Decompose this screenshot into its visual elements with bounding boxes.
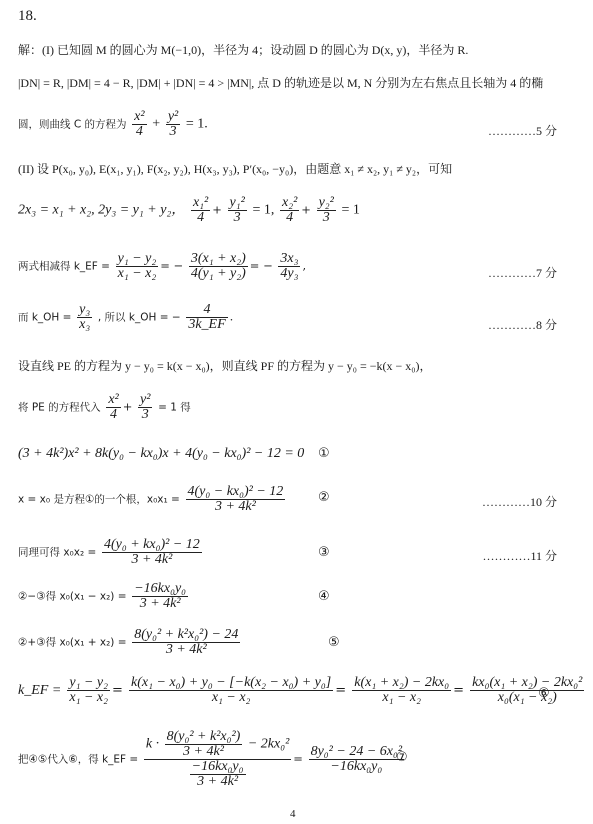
part2-line2: 2x₃ = x₁ + x₂, 2y₃ = y₁ + y₂， x₁²4+ y₁²3… (18, 196, 360, 225)
part1-line2: |DN| = R, |DM| = 4 − R, |DM| + |DN| = 4 … (18, 77, 543, 89)
compound-fraction: k · 8(y₀² + k²x₀²)3 + 4k² − 2kx₀² −16kx₀… (144, 730, 291, 789)
equation-3: 同理可得 x₀x₂ = 4(y₀ + kx₀)² − 123 + 4k² (18, 538, 204, 567)
score-11: …………11 分 (482, 547, 557, 564)
fraction: y₁ − y₂x₁ − x₂ (116, 252, 159, 281)
fraction: x²4 (106, 393, 120, 422)
fraction: k(x₁ − x₀) + y₀ − [−k(x₂ − x₀) + y₀]x₁ −… (129, 676, 333, 705)
part1-line3: 圆，则曲线 C 的方程为 x²4 + y²3 = 1. (18, 110, 208, 139)
part2-line1: (II) 设 P(x₀, y₀), E(x₁, y₁), F(x₂, y₂), … (18, 163, 452, 175)
label-circle-5: ⑤ (328, 635, 340, 650)
fraction: y₂²3 (317, 196, 336, 225)
score-5: …………5 分 (488, 122, 557, 139)
fraction: 8(y₀² + k²x₀²)3 + 4k² (165, 730, 243, 759)
page-number: 4 (290, 808, 296, 820)
equation-1: (3 + 4k²)x² + 8k(y₀ − kx₀)x + 4(y₀ − kx₀… (18, 447, 304, 461)
part1-line1: 解：(I) 已知圆 M 的圆心为 M(−1,0)，半径为 4；设动圆 D 的圆心… (18, 44, 468, 56)
part2-line6: 将 PE 的方程代入 x²4+ y²3 = 1 得 (18, 393, 191, 422)
label-circle-2: ② (318, 490, 330, 505)
fraction: k(x₁ + x₂) − 2kx₀x₁ − x₂ (352, 676, 451, 705)
fraction: −16kx₀y₀3 + 4k² (132, 582, 188, 611)
label-circle-4: ④ (318, 589, 330, 604)
equation-2: x = x₀ 是方程①的一个根，x₀x₁ = 4(y₀ − kx₀)² − 12… (18, 485, 287, 514)
equation-4: ②−③得 x₀(x₁ − x₂) = −16kx₀y₀3 + 4k² (18, 582, 190, 611)
score-8: …………8 分 (488, 316, 557, 333)
fraction: 8(y₀² + k²x₀²) − 243 + 4k² (132, 628, 240, 657)
part2-line4: 而 k_OH = y₃x₃ , 所以 k_OH = − 43k_EF. (18, 303, 233, 332)
label-circle-3: ③ (318, 545, 330, 560)
fraction: y²3 (166, 110, 180, 139)
label-circle-7: ⑦ (396, 750, 408, 765)
fraction: y₃x₃ (77, 303, 92, 332)
fraction: kx₀(x₁ + x₂) − 2kx₀²x₀(x₁ − x₂) (470, 676, 584, 705)
fraction: y₁²3 (228, 196, 247, 225)
fraction: y₁ − y₂x₁ − x₂ (67, 676, 110, 705)
score-7: …………7 分 (488, 264, 557, 281)
fraction: 8y₀² − 24 − 6x₀²−16kx₀y₀ (309, 745, 404, 774)
fraction: x₁²4 (191, 196, 210, 225)
equation-5: ②+③得 x₀(x₁ + x₂) = 8(y₀² + k²x₀²) − 243 … (18, 628, 242, 657)
part2-line3: 两式相减得 k_EF = y₁ − y₂x₁ − x₂= − 3(x₁ + x₂… (18, 252, 306, 281)
equation-7: 把④⑤代入⑥，得 k_EF = k · 8(y₀² + k²x₀²)3 + 4k… (18, 730, 406, 789)
fraction: 3(x₁ + x₂)4(y₁ + y₂) (189, 252, 248, 281)
score-10: …………10 分 (482, 493, 557, 510)
fraction: −16kx₀y₀3 + 4k² (190, 760, 246, 789)
fraction: y²3 (138, 393, 152, 422)
fraction: 3x₃4y₃ (278, 252, 300, 281)
equation-6: k_EF = y₁ − y₂x₁ − x₂= k(x₁ − x₀) + y₀ −… (18, 676, 586, 705)
label-circle-6: ⑥ (538, 686, 550, 701)
label-circle-1: ① (318, 446, 330, 461)
part2-line5: 设直线 PE 的方程为 y − y₀ = k(x − x₀)，则直线 PF 的方… (18, 360, 431, 372)
part1-line3-prefix: 圆，则曲线 C 的方程为 (18, 119, 127, 131)
fraction: x²4 (132, 110, 146, 139)
fraction: 4(y₀ + kx₀)² − 123 + 4k² (102, 538, 202, 567)
question-number: 18. (18, 8, 37, 25)
fraction: 4(y₀ − kx₀)² − 123 + 4k² (186, 485, 286, 514)
fraction: x₂²4 (280, 196, 299, 225)
fraction: 43k_EF (186, 303, 227, 332)
